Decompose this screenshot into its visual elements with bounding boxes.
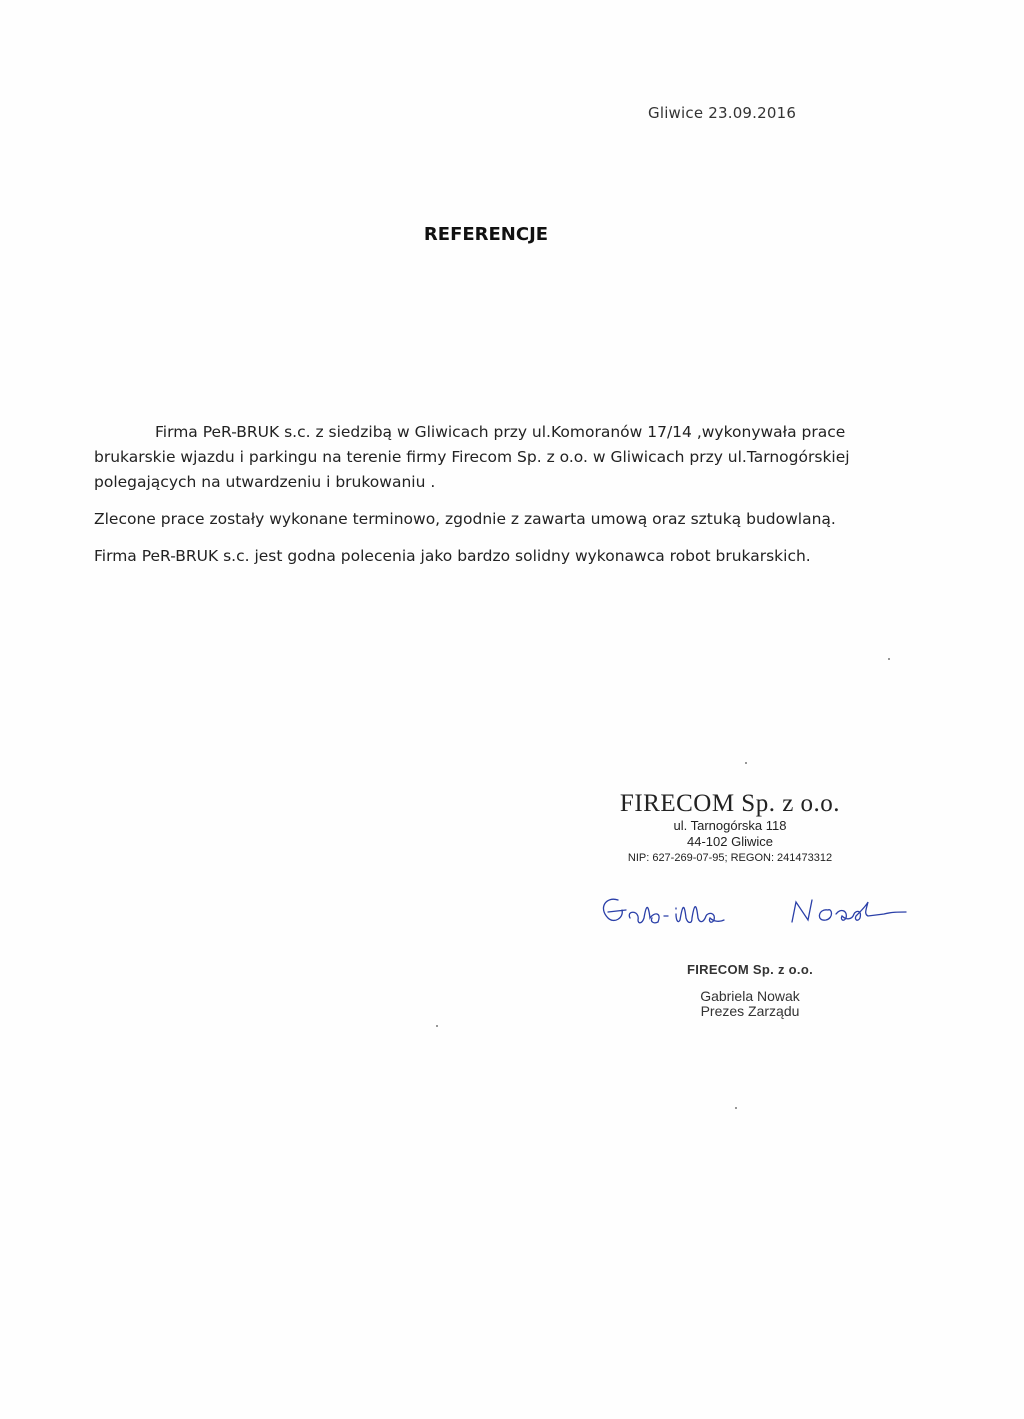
- scan-speck: [436, 1025, 438, 1027]
- signatory-role: Prezes Zarządu: [640, 1004, 860, 1019]
- paragraph-intro: Firma PeR-BRUK s.c. z siedzibą w Gliwica…: [94, 420, 894, 495]
- signatory-company: FIRECOM Sp. z o.o.: [640, 962, 860, 977]
- document-title: REFERENCJE: [0, 224, 972, 245]
- letter-page: Gliwice 23.09.2016 REFERENCJE Firma PeR-…: [0, 0, 1024, 1419]
- paragraph-recommendation: Firma PeR-BRUK s.c. jest godna polecenia…: [94, 544, 894, 569]
- letter-body: Firma PeR-BRUK s.c. z siedzibą w Gliwica…: [94, 420, 894, 581]
- scan-speck: [888, 658, 890, 660]
- scan-speck: [735, 1107, 737, 1109]
- stamp-tax-ids: NIP: 627-269-07-95; REGON: 241473312: [590, 850, 870, 866]
- stamp-street: ul. Tarnogórska 118: [590, 818, 870, 834]
- company-stamp: FIRECOM Sp. z o.o. ul. Tarnogórska 118 4…: [590, 790, 870, 866]
- signatory-stamp: FIRECOM Sp. z o.o. Gabriela Nowak Prezes…: [640, 962, 860, 1019]
- scan-speck: [745, 762, 747, 764]
- handwritten-signature-icon: [596, 888, 936, 938]
- stamp-city: 44-102 Gliwice: [590, 834, 870, 850]
- place-date: Gliwice 23.09.2016: [648, 104, 796, 122]
- stamp-company-name: FIRECOM Sp. z o.o.: [590, 790, 870, 818]
- signatory-name: Gabriela Nowak: [640, 989, 860, 1004]
- paragraph-completion: Zlecone prace zostały wykonane terminowo…: [94, 507, 894, 532]
